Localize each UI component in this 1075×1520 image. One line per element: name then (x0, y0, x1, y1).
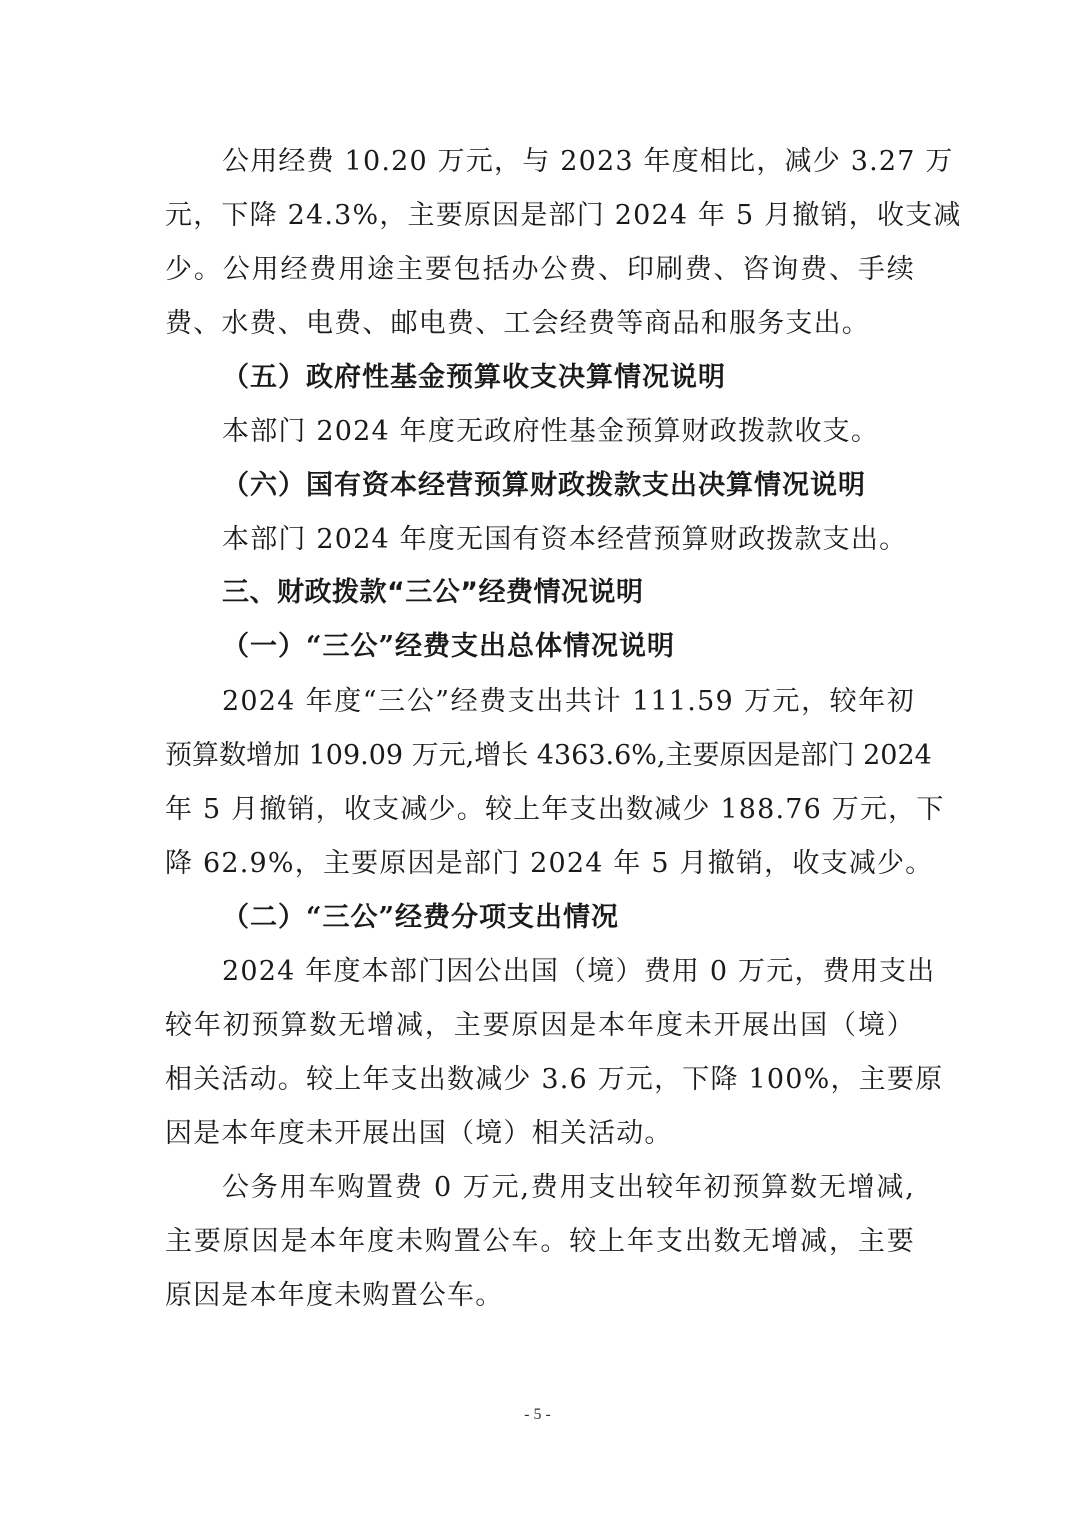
paragraph-line: 较年初预算数无增减，主要原因是本年度未开展出国（境） (165, 1010, 915, 1042)
paragraph-line: 公用经费 10.20 万元，与 2023 年度相比，减少 3.27 万 (222, 146, 915, 178)
heading-state-capital: （六）国有资本经营预算财政拨款支出决算情况说明 (222, 470, 972, 502)
heading-three-public-itemized: （二）“三公”经费分项支出情况 (222, 902, 972, 934)
document-page: 公用经费 10.20 万元，与 2023 年度相比，减少 3.27 万 元，下降… (0, 0, 1075, 1520)
paragraph-line: 元，下降 24.3%，主要原因是部门 2024 年 5 月撤销，收支减 (165, 200, 915, 232)
paragraph-line: 相关活动。较上年支出数减少 3.6 万元，下降 100%，主要原 (165, 1064, 915, 1096)
paragraph-line: 主要原因是本年度未购置公车。较上年支出数无增减，主要 (165, 1226, 915, 1258)
paragraph-line: 少。公用经费用途主要包括办公费、印刷费、咨询费、手续 (165, 254, 915, 286)
paragraph-line: 降 62.9%，主要原因是部门 2024 年 5 月撤销，收支减少。 (165, 848, 915, 880)
paragraph-line: 本部门 2024 年度无政府性基金预算财政拨款收支。 (222, 416, 915, 448)
paragraph-line: 原因是本年度未购置公车。 (165, 1280, 915, 1312)
paragraph-line: 2024 年度本部门因公出国（境）费用 0 万元，费用支出 (222, 956, 915, 988)
paragraph-line: 2024 年度“三公”经费支出共计 111.59 万元，较年初 (222, 686, 915, 718)
heading-three-public: 三、财政拨款“三公”经费情况说明 (222, 577, 972, 609)
page-number: - 5 - (0, 1406, 1075, 1424)
heading-government-fund: （五）政府性基金预算收支决算情况说明 (222, 362, 972, 394)
paragraph-line: 因是本年度未开展出国（境）相关活动。 (165, 1118, 915, 1150)
paragraph-line: 公务用车购置费 0 万元,费用支出较年初预算数无增减, (222, 1172, 915, 1204)
heading-three-public-overall: （一）“三公”经费支出总体情况说明 (222, 631, 972, 663)
paragraph-line: 年 5 月撤销，收支减少。较上年支出数减少 188.76 万元，下 (165, 794, 915, 826)
paragraph-line: 费、水费、电费、邮电费、工会经费等商品和服务支出。 (165, 308, 915, 340)
paragraph-line: 本部门 2024 年度无国有资本经营预算财政拨款支出。 (222, 524, 915, 556)
paragraph-line: 预算数增加 109.09 万元,增长 4363.6%,主要原因是部门 2024 (165, 740, 915, 772)
